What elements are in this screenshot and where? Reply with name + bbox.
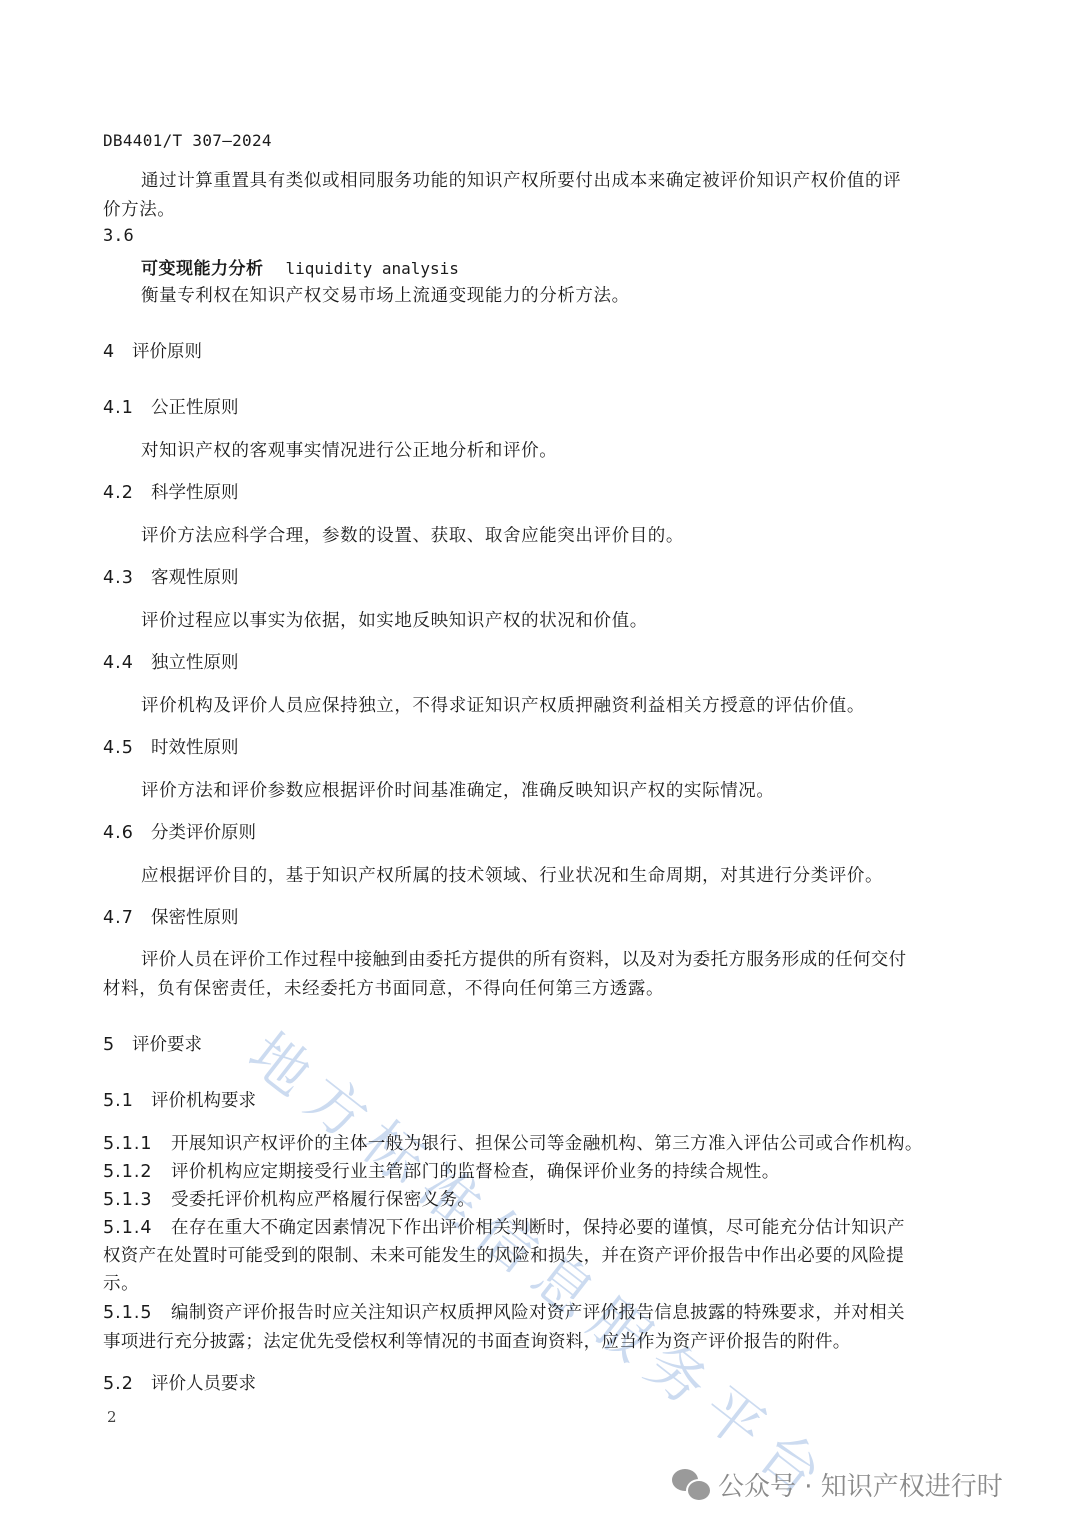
wechat-icon — [672, 1469, 710, 1501]
term-title-en: liquidity analysis — [286, 259, 459, 278]
subsection-number: 5.2 — [103, 1374, 151, 1394]
subsection-number: 4.3 — [103, 568, 151, 588]
clause-text: 编制资产评价报告时应关注知识产权质押风险对资产评价报告信息披露的特殊要求，并对相… — [171, 1303, 905, 1323]
subsection-title: 评价机构要求 — [151, 1091, 256, 1111]
subsection-title: 保密性原则 — [151, 908, 239, 928]
clause-number: 5.1.3 — [103, 1190, 171, 1210]
subsection-heading: 4.6分类评价原则 — [103, 819, 256, 844]
subsection-body: 评价方法应科学合理，参数的设置、获取、取舍应能突出评价目的。 — [141, 522, 684, 547]
subsection-body: 评价机构及评价人员应保持独立，不得求证知识产权质押融资利益相关方授意的评估价值。 — [141, 692, 865, 717]
section-heading-5: 5评价要求 — [103, 1031, 202, 1056]
page-number: 2 — [107, 1408, 117, 1426]
subsection-number: 4.4 — [103, 653, 151, 673]
subsection-title: 评价人员要求 — [151, 1374, 256, 1394]
paragraph-line: 通过计算重置具有类似或相同服务功能的知识产权所要付出成本来确定被评价知识产权价值… — [141, 167, 901, 192]
clause-number: 5.1.2 — [103, 1162, 171, 1182]
subsection-title: 科学性原则 — [151, 483, 239, 503]
subsection-number: 4.1 — [103, 398, 151, 418]
clause-continuation: 权资产在处置时可能受到的限制、未来可能发生的风险和损失，并在资产评价报告中作出必… — [103, 1242, 904, 1267]
term-number: 3.6 — [103, 226, 134, 246]
clause-continuation: 事项进行充分披露；法定优先受偿权利等情况的书面查询资料，应当作为资产评价报告的附… — [103, 1328, 851, 1353]
subsection-heading: 5.2评价人员要求 — [103, 1370, 256, 1395]
clause-text: 开展知识产权评价的主体一般为银行、担保公司等金融机构、第三方准入评估公司或合作机… — [171, 1134, 923, 1154]
section-number: 4 — [103, 342, 132, 362]
subsection-title: 独立性原则 — [151, 653, 239, 673]
footer-attribution: 公众号 · 知识产权进行时 — [672, 1466, 1003, 1503]
subsection-heading: 4.7保密性原则 — [103, 904, 239, 929]
subsection-heading: 5.1评价机构要求 — [103, 1087, 256, 1112]
subsection-heading: 4.2科学性原则 — [103, 479, 239, 504]
section-title: 评价原则 — [132, 342, 202, 362]
clause: 5.1.1开展知识产权评价的主体一般为银行、担保公司等金融机构、第三方准入评估公… — [103, 1130, 923, 1155]
subsection-number: 4.6 — [103, 823, 151, 843]
term-title-cn: 可变现能力分析 — [141, 259, 264, 279]
section-number: 5 — [103, 1035, 132, 1055]
subsection-heading: 4.4独立性原则 — [103, 649, 239, 674]
subsection-body: 对知识产权的客观事实情况进行公正地分析和评价。 — [141, 437, 557, 462]
standard-code: DB4401/T 307—2024 — [103, 131, 272, 150]
subsection-number: 5.1 — [103, 1091, 151, 1111]
subsection-body: 评价过程应以事实为依据，如实地反映知识产权的状况和价值。 — [141, 607, 648, 632]
clause-number: 5.1.4 — [103, 1218, 171, 1238]
term-definition: 衡量专利权在知识产权交易市场上流通变现能力的分析方法。 — [141, 282, 630, 307]
paragraph-line: 价方法。 — [103, 196, 175, 221]
subsection-title: 客观性原则 — [151, 568, 239, 588]
subsection-title: 时效性原则 — [151, 738, 239, 758]
subsection-heading: 4.1公正性原则 — [103, 394, 239, 419]
clause-continuation: 示。 — [103, 1270, 139, 1295]
clause-text: 评价机构应定期接受行业主管部门的监督检查，确保评价业务的持续合规性。 — [171, 1162, 780, 1182]
subsection-body: 评价人员在评价工作过程中接触到由委托方提供的所有资料，以及对为委托方服务形成的任… — [141, 946, 906, 971]
clause-text: 在存在重大不确定因素情况下作出评价相关判断时，保持必要的谨慎，尽可能充分估计知识… — [171, 1218, 905, 1238]
section-heading-4: 4评价原则 — [103, 338, 202, 363]
subsection-heading: 4.5时效性原则 — [103, 734, 239, 759]
clause: 5.1.5编制资产评价报告时应关注知识产权质押风险对资产评价报告信息披露的特殊要… — [103, 1299, 905, 1324]
clause-number: 5.1.1 — [103, 1134, 171, 1154]
term-title: 可变现能力分析liquidity analysis — [141, 254, 459, 279]
section-title: 评价要求 — [132, 1035, 202, 1055]
subsection-body: 应根据评价目的，基于知识产权所属的技术领域、行业状况和生命周期，对其进行分类评价… — [141, 862, 883, 887]
subsection-heading: 4.3客观性原则 — [103, 564, 239, 589]
subsection-number: 4.2 — [103, 483, 151, 503]
subsection-title: 公正性原则 — [151, 398, 239, 418]
clause: 5.1.4在存在重大不确定因素情况下作出评价相关判断时，保持必要的谨慎，尽可能充… — [103, 1214, 905, 1239]
subsection-number: 4.5 — [103, 738, 151, 758]
clause-text: 受委托评价机构应严格履行保密义务。 — [171, 1190, 475, 1210]
subsection-title: 分类评价原则 — [151, 823, 256, 843]
clause: 5.1.2评价机构应定期接受行业主管部门的监督检查，确保评价业务的持续合规性。 — [103, 1158, 780, 1183]
subsection-number: 4.7 — [103, 908, 151, 928]
subsection-body: 评价方法和评价参数应根据评价时间基准确定，准确反映知识产权的实际情况。 — [141, 777, 775, 802]
clause: 5.1.3受委托评价机构应严格履行保密义务。 — [103, 1186, 475, 1211]
clause-number: 5.1.5 — [103, 1303, 171, 1323]
footer-text: 公众号 · 知识产权进行时 — [718, 1466, 1003, 1503]
subsection-body: 材料，负有保密责任，未经委托方书面同意，不得向任何第三方透露。 — [103, 975, 664, 1000]
